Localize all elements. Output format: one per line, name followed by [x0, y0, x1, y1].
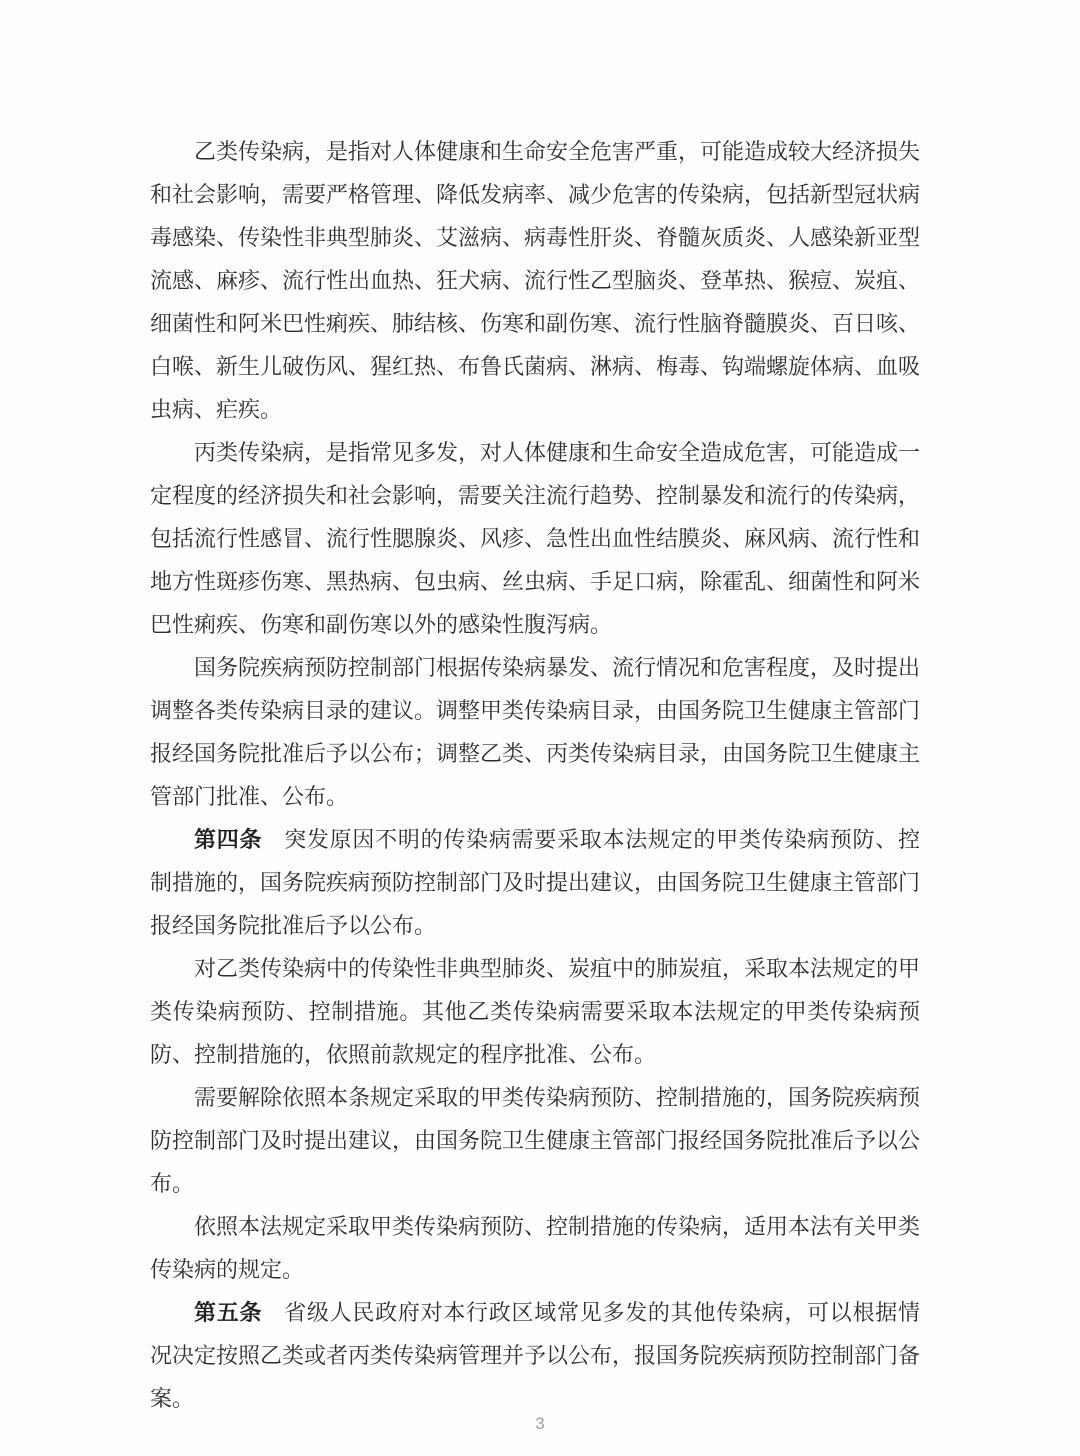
paragraph-article-5: 第五条省级人民政府对本行政区域常见多发的其他传染病，可以根据情况决定按照乙类或者…	[150, 1291, 920, 1420]
document-body: 乙类传染病，是指对人体健康和生命安全危害严重，可能造成较大经济损失和社会影响，需…	[150, 130, 920, 1420]
paragraph-catalog-adjustment: 国务院疾病预防控制部门根据传染病暴发、流行情况和危害程度，及时提出调整各类传染病…	[150, 646, 920, 818]
article-5-number: 第五条	[194, 1300, 262, 1325]
paragraph-class-a-rules-application: 依照本法规定采取甲类传染病预防、控制措施的传染病，适用本法有关甲类传染病的规定。	[150, 1205, 920, 1291]
page-footer: 3	[0, 1412, 1080, 1436]
paragraph-release-of-measures: 需要解除依照本条规定采取的甲类传染病预防、控制措施的，国务院疾病预防控制部门及时…	[150, 1076, 920, 1205]
article-5-body: 省级人民政府对本行政区域常见多发的其他传染病，可以根据情况决定按照乙类或者丙类传…	[150, 1300, 920, 1411]
paragraph-article-4: 第四条突发原因不明的传染病需要采取本法规定的甲类传染病预防、控制措施的，国务院疾…	[150, 818, 920, 947]
article-4-body: 突发原因不明的传染病需要采取本法规定的甲类传染病预防、控制措施的，国务院疾病预防…	[150, 827, 920, 938]
paragraph-class-c-definition: 丙类传染病，是指常见多发，对人体健康和生命安全造成危害，可能造成一定程度的经济损…	[150, 431, 920, 646]
page-number: 3	[535, 1414, 544, 1433]
paragraph-class-b-definition: 乙类传染病，是指对人体健康和生命安全危害严重，可能造成较大经济损失和社会影响，需…	[150, 130, 920, 431]
paragraph-sars-anthrax-measures: 对乙类传染病中的传染性非典型肺炎、炭疽中的肺炭疽，采取本法规定的甲类传染病预防、…	[150, 947, 920, 1076]
article-4-number: 第四条	[194, 827, 262, 852]
